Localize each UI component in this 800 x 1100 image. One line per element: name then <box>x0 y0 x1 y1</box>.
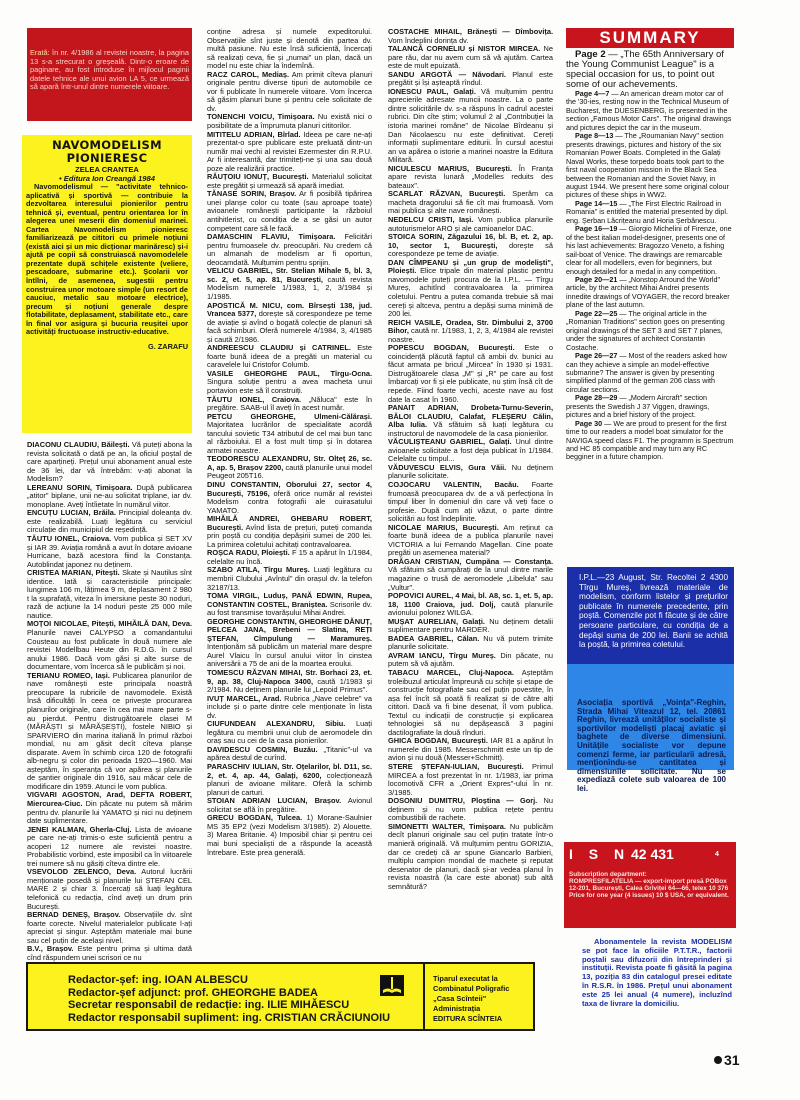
letter-reply: DAMASCHIN FLAVIU, Timișoara. Felicitări … <box>207 233 372 267</box>
summary-item: Page 14—15 — „The First Electric Railroa… <box>566 200 734 225</box>
letter-reply: TOMA VIRGIL, Luduș, PANĂ EDWIN, Rupea, C… <box>207 592 372 618</box>
letter-reply: COJOCARU VALENTIN, Bacău. Foarte frumoas… <box>388 481 553 524</box>
summary-item: Page 4—7 — An american dream motor car o… <box>566 90 734 132</box>
reply-text: Nu publicăm decît planuri originale sau … <box>388 822 553 891</box>
isn-number: 42 431 <box>631 846 715 862</box>
page-number-value: 31 <box>724 1052 740 1068</box>
publisher-book-icon <box>379 974 405 997</box>
letter-reply: ANDREESCU CLAUDIU și CATRINEL. Este foar… <box>207 344 372 370</box>
subscription-address: ROMPRESFILATELIA — export-import presă P… <box>569 878 731 892</box>
vointa-notice-box: Asociația sportivă „Voința"-Reghin, Stra… <box>567 664 734 770</box>
printer-line: EDITURA SCÎNTEIA <box>433 1014 509 1024</box>
letter-reply: PANAIT ADRIAN, Drobeta-Turnu-Severin, BĂ… <box>388 404 553 438</box>
summary-item: Page 16—19 — Giorgio Michelini of Firenz… <box>566 225 734 276</box>
letters-column-2: conține adresa și numele expeditorului. … <box>207 28 372 857</box>
errata-text: în nr. 4/1986 al revistei noastre, la pa… <box>30 48 189 91</box>
summary-item: Page 26—27 — Most of the readers asked h… <box>566 352 734 394</box>
letter-reply: POPOVICI AUREL, 4 Mai, bl. A8, sc. 1, et… <box>388 592 553 618</box>
letter-reply: GEORGHE CONSTANTIN, GHEORGHE DĂNUȚ, PELC… <box>207 618 372 669</box>
letter-reply: REICH VASILE, Oradea, Str. Dimbului 2, 3… <box>388 319 553 345</box>
letter-reply: DRĂGAN CRISTIAN, Cumpăna — Constanța. Vă… <box>388 558 553 592</box>
reply-text: Intenționăm să publicăm un material mare… <box>207 642 372 668</box>
letters-column-3: COSTACHE MIHAIL, Brănești — Dîmbovița. V… <box>388 28 553 891</box>
letter-reply: PARASCHIV IULIAN, Str. Oțelarilor, bl. D… <box>207 763 372 797</box>
credit-line: Redactor-șef: ing. IOAN ALBESCU <box>68 974 390 987</box>
letter-reply: NICULESCU MARIUS, București. În Franța a… <box>388 165 553 191</box>
letter-reply: TĂUTU IONEL, Craiova. Vom publica și SET… <box>27 535 192 569</box>
letter-reply: TĂUTU IONEL, Craiova. „Năluca" este în p… <box>207 396 372 413</box>
letter-reply: NICOLAE MARIUS, București. Am reținut ca… <box>388 524 553 558</box>
letter-reply: STOICA SORIN, Zăgazului 16, bl. B, et. 2… <box>388 233 553 259</box>
letter-reply: RACZ CAROL, Mediaș. Am primit cîteva pla… <box>207 71 372 114</box>
letter-reply: TOMESCU RĂZVAN MIHAI, Str. Borhaci 23, e… <box>207 669 372 695</box>
reply-text: Planurile navei CALYPSO a comandantului … <box>27 628 192 671</box>
letter-reply: TĂNASE SORIN, Brașov. Ar fi posibilă tip… <box>207 190 372 233</box>
printer-line: Tiparul executat la <box>433 974 509 984</box>
credit-line: Redactor responsabil supliment: ing. CRI… <box>68 1012 390 1025</box>
letter-reply: DAVIDESCU COSMIN, Buzău. „Titanic"-ul va… <box>207 746 372 763</box>
ipl-notice-box: I.P.L.—23 August, Str. Recoltei 2 4300 T… <box>567 567 734 664</box>
letter-reply: DAN CÎMPEANU și „un grup de modeliști", … <box>388 259 553 319</box>
errata-box: Erată: în nr. 4/1986 al revistei noastre… <box>27 28 192 121</box>
bullet-icon <box>714 1056 722 1064</box>
letter-reply: SIMONETTI WALTER, Timișoara. Nu publicăm… <box>388 823 553 891</box>
reader-name: GEORGHE CONSTANTIN, GHEORGHE DĂNUȚ, PELC… <box>207 617 372 643</box>
letter-reply: B.V., Brașov. Este pentru prima și ultim… <box>27 945 192 962</box>
book-review-text: Navomodelismul — "activitate tehnico-apl… <box>26 183 188 337</box>
editorial-credits-box: Redactor-șef: ing. IOAN ALBESCU Redactor… <box>26 962 535 1031</box>
letter-reply: JENEI KALMAN, Gherla-Cluj. Lista de avio… <box>27 826 192 869</box>
letter-reply: COSTACHE MIHAIL, Brănești — Dîmbovița. V… <box>388 28 553 45</box>
editorial-staff: Redactor-șef: ing. IOAN ALBESCU Redactor… <box>68 974 390 1024</box>
letter-reply: NEDELCU CRISTI, Iași. Vom publica planur… <box>388 216 553 233</box>
letter-reply: VĂCULIȘTEANU GABRIEL, Galați. Unul dintr… <box>388 438 553 464</box>
letter-reply: GRECU BOGDAN, Tulcea. 1) Morane-Saulnier… <box>207 814 372 857</box>
summary-list: Page 2 — „The 65th Anniversary of the Yo… <box>566 50 734 462</box>
subscription-notice: Abonamentele la revista MODELISM se pot … <box>582 938 732 1008</box>
printer-info: Tiparul executat la Combinatul Poligrafi… <box>433 974 509 1024</box>
letter-reply: TONENCHI VOICU, Timișoara. Nu există nic… <box>207 113 372 130</box>
letter-reply: VSEVOLOD ZELENCO, Deva. Autorul lucrării… <box>27 868 192 911</box>
printer-line: Combinatul Poligrafic <box>433 984 509 994</box>
letter-reply: SZABO ATILA, Tîrgu Mureș. Luați legătura… <box>207 566 372 592</box>
summary-text: — The „Roumanian Navy" section presents … <box>566 131 729 199</box>
letter-reply: SANDU ARGOTĂ — Năvodari. Planul este pre… <box>388 71 553 88</box>
letter-reply: conține adresa și numele expeditorului. … <box>207 28 372 71</box>
letter-reply: LEREANU SORIN, Timișoara. După publicare… <box>27 484 192 510</box>
reply-text: Vă sfătuim să cumpărați de la unul dintr… <box>388 565 553 591</box>
reply-text: caută nr. 1/1983, 1, 2, 3, 4/1984 ale re… <box>388 326 553 344</box>
credit-line: Secretar responsabil de redacție: ing. I… <box>68 999 390 1012</box>
letter-reply: MOȚOI NICOLAE, Pitești, MIHĂILĂ DAN, Dev… <box>27 620 192 671</box>
book-author: ZELEA CRANTEA <box>26 165 188 174</box>
letter-reply: POPESCU BOGDAN, București. Este o coinci… <box>388 344 553 404</box>
summary-item: Page 28—29 — „Modern Aircraft" section p… <box>566 394 734 419</box>
credit-line: Redactor-șef adjunct: prof. GHEORGHE BAD… <box>68 987 390 1000</box>
letter-reply: AVRAM IANCU, Tîrgu Mureș. Din păcate, nu… <box>388 652 553 669</box>
subscription-price: Price for one year (4 issues) 10 $ USA, … <box>569 892 731 899</box>
reply-text: Publicarea planurilor de nave românești … <box>27 671 192 791</box>
letter-reply: VELICU GABRIEL, Str. Stelian Mihale 5, b… <box>207 267 372 301</box>
page-edge-blemish <box>0 0 22 100</box>
review-signature: G. ZARAFU <box>26 343 188 352</box>
summary-item: Page 22—25 — The original article in the… <box>566 310 734 352</box>
reply-text: Așteptăm troleibuzul articulat împreună … <box>388 668 553 737</box>
letter-reply: VASILE GHEORGHE PAUL, Tîrgu-Ocna. Singur… <box>207 370 372 396</box>
isn-mark: 4 <box>715 851 719 858</box>
summary-text: — Giorgio Michelini of Firenze, one of t… <box>566 224 732 275</box>
book-title: NAVOMODELISM PIONIERESC <box>26 139 188 165</box>
letter-reply: ENCUȚU LUCIAN, Brăila. Principial dolean… <box>27 509 192 535</box>
letter-reply: TEODORESCU ALEXANDRU, Str. Olteț 26, sc.… <box>207 455 372 481</box>
letter-reply: MUȘAT AURELIAN, Galați. Nu deținem detal… <box>388 618 553 635</box>
summary-item: Page 20—21 — „Nonstop Arround the World"… <box>566 276 734 310</box>
reply-text: Singura soluție pentru a avea macheta un… <box>207 377 372 395</box>
letter-reply: MITITELU ADRIAN, Bîrlad. Ideea pe care n… <box>207 131 372 174</box>
printer-line: Administrația <box>433 1004 509 1014</box>
subscription-heading: Subscription department: <box>569 871 731 878</box>
letter-reply: TABACU MARCEL, Cluj-Napoca. Așteptăm tro… <box>388 669 553 737</box>
reply-text: Majoritatea lucrărilor de specialitate a… <box>207 420 372 455</box>
letter-reply: TALANCĂ CORNELIU și NISTOR MIRCEA. Ne pa… <box>388 45 553 71</box>
letter-reply: IVUȚ MARCEL, Arad. Rubrica „Nave celebre… <box>207 695 372 721</box>
letter-reply: DINU CONSTANTIN, Oborului 27, sector 4, … <box>207 481 372 515</box>
summary-item: Page 30 — We are proud to present for th… <box>566 420 734 462</box>
letter-reply: TERIANU ROMEO, Iași. Publicarea planuril… <box>27 672 192 792</box>
reply-text: Vă mulțumim pentru aprecierile adresate … <box>388 87 553 164</box>
reply-text: Este o coincidență plăcută faptul că amb… <box>388 343 553 403</box>
letter-reply: BERNAD DENEȘ, Brașov. Observațiile dv. s… <box>27 911 192 945</box>
reply-text: Elice tripale din material plastic pentr… <box>388 266 553 318</box>
letter-reply: RĂUȚOIU IONUȚ, București. Materialul sol… <box>207 173 372 190</box>
summary-item: Page 2 — „The 65th Anniversary of the Yo… <box>566 50 734 90</box>
letter-reply: CRISTEA MARIAN, Pitești. Skate și Nautil… <box>27 569 192 620</box>
printer-line: „Casa Scînteii" <box>433 994 509 1004</box>
book-review-box: NAVOMODELISM PIONIERESC ZELEA CRANTEA • … <box>22 135 192 433</box>
letter-reply: MIHĂILĂ ANDREI, GHEBARU ROBERT, Bucureșt… <box>207 515 372 549</box>
summary-item: Page 8—13 — The „Roumanian Navy" section… <box>566 132 734 200</box>
summary-title: SUMMARY <box>566 28 734 48</box>
letter-reply: VIGVARI AGOSTON, Arad, DEFTA ROBERT, Mie… <box>27 791 192 825</box>
letter-reply: STOIAN ADRIAN LUCIAN, Brașov. Avionul so… <box>207 797 372 814</box>
letter-reply: SCARLAT RĂZVAN, București. Sperăm ca mac… <box>388 190 553 216</box>
page-number: 31 <box>714 1052 740 1068</box>
letter-reply: PETCU GHEORGHE, Ulmeni-Călărași. Majorit… <box>207 413 372 456</box>
reply-text: conține adresa și numele expeditorului. … <box>207 27 372 70</box>
isn-label: I S N <box>569 846 631 862</box>
reply-text: Skate și Nautilus sînt identice. Iată și… <box>27 568 192 620</box>
letter-reply: STERE ȘTEFAN-IULIAN, București. Primul M… <box>388 763 553 797</box>
isn-box: I S N 42 431 4 Subscription department: … <box>564 842 736 928</box>
letter-reply: DOSONIU DUMITRU, Ploștina — Gorj. Nu deț… <box>388 797 553 823</box>
letter-reply: APOSTICĂ M. NICU, com. Bîrsești 138, jud… <box>207 302 372 345</box>
letter-reply: CIUFUNDEAN ALEXANDRU, Sibiu. Luați legăt… <box>207 720 372 746</box>
letter-reply: GHICA BOGDAN, București. IAR 81 a apărut… <box>388 737 553 763</box>
letter-reply: VĂDUVESCU ELVIS, Gura Văii. Nu deținem p… <box>388 464 553 481</box>
letter-reply: BADEA GABRIEL, Călan. Nu vă putem trimit… <box>388 635 553 652</box>
letters-column-1: DIACONU CLAUDIU, Băilești. Vă puteți abo… <box>27 441 192 962</box>
letter-reply: ROȘCA RADU, Ploiești. F 15 a apărut în 1… <box>207 549 372 566</box>
credits-divider <box>423 964 425 1029</box>
letter-reply: IONESCU PAUL, Galați. Vă mulțumim pentru… <box>388 88 553 165</box>
letter-reply: DIACONU CLAUDIU, Băilești. Vă puteți abo… <box>27 441 192 484</box>
